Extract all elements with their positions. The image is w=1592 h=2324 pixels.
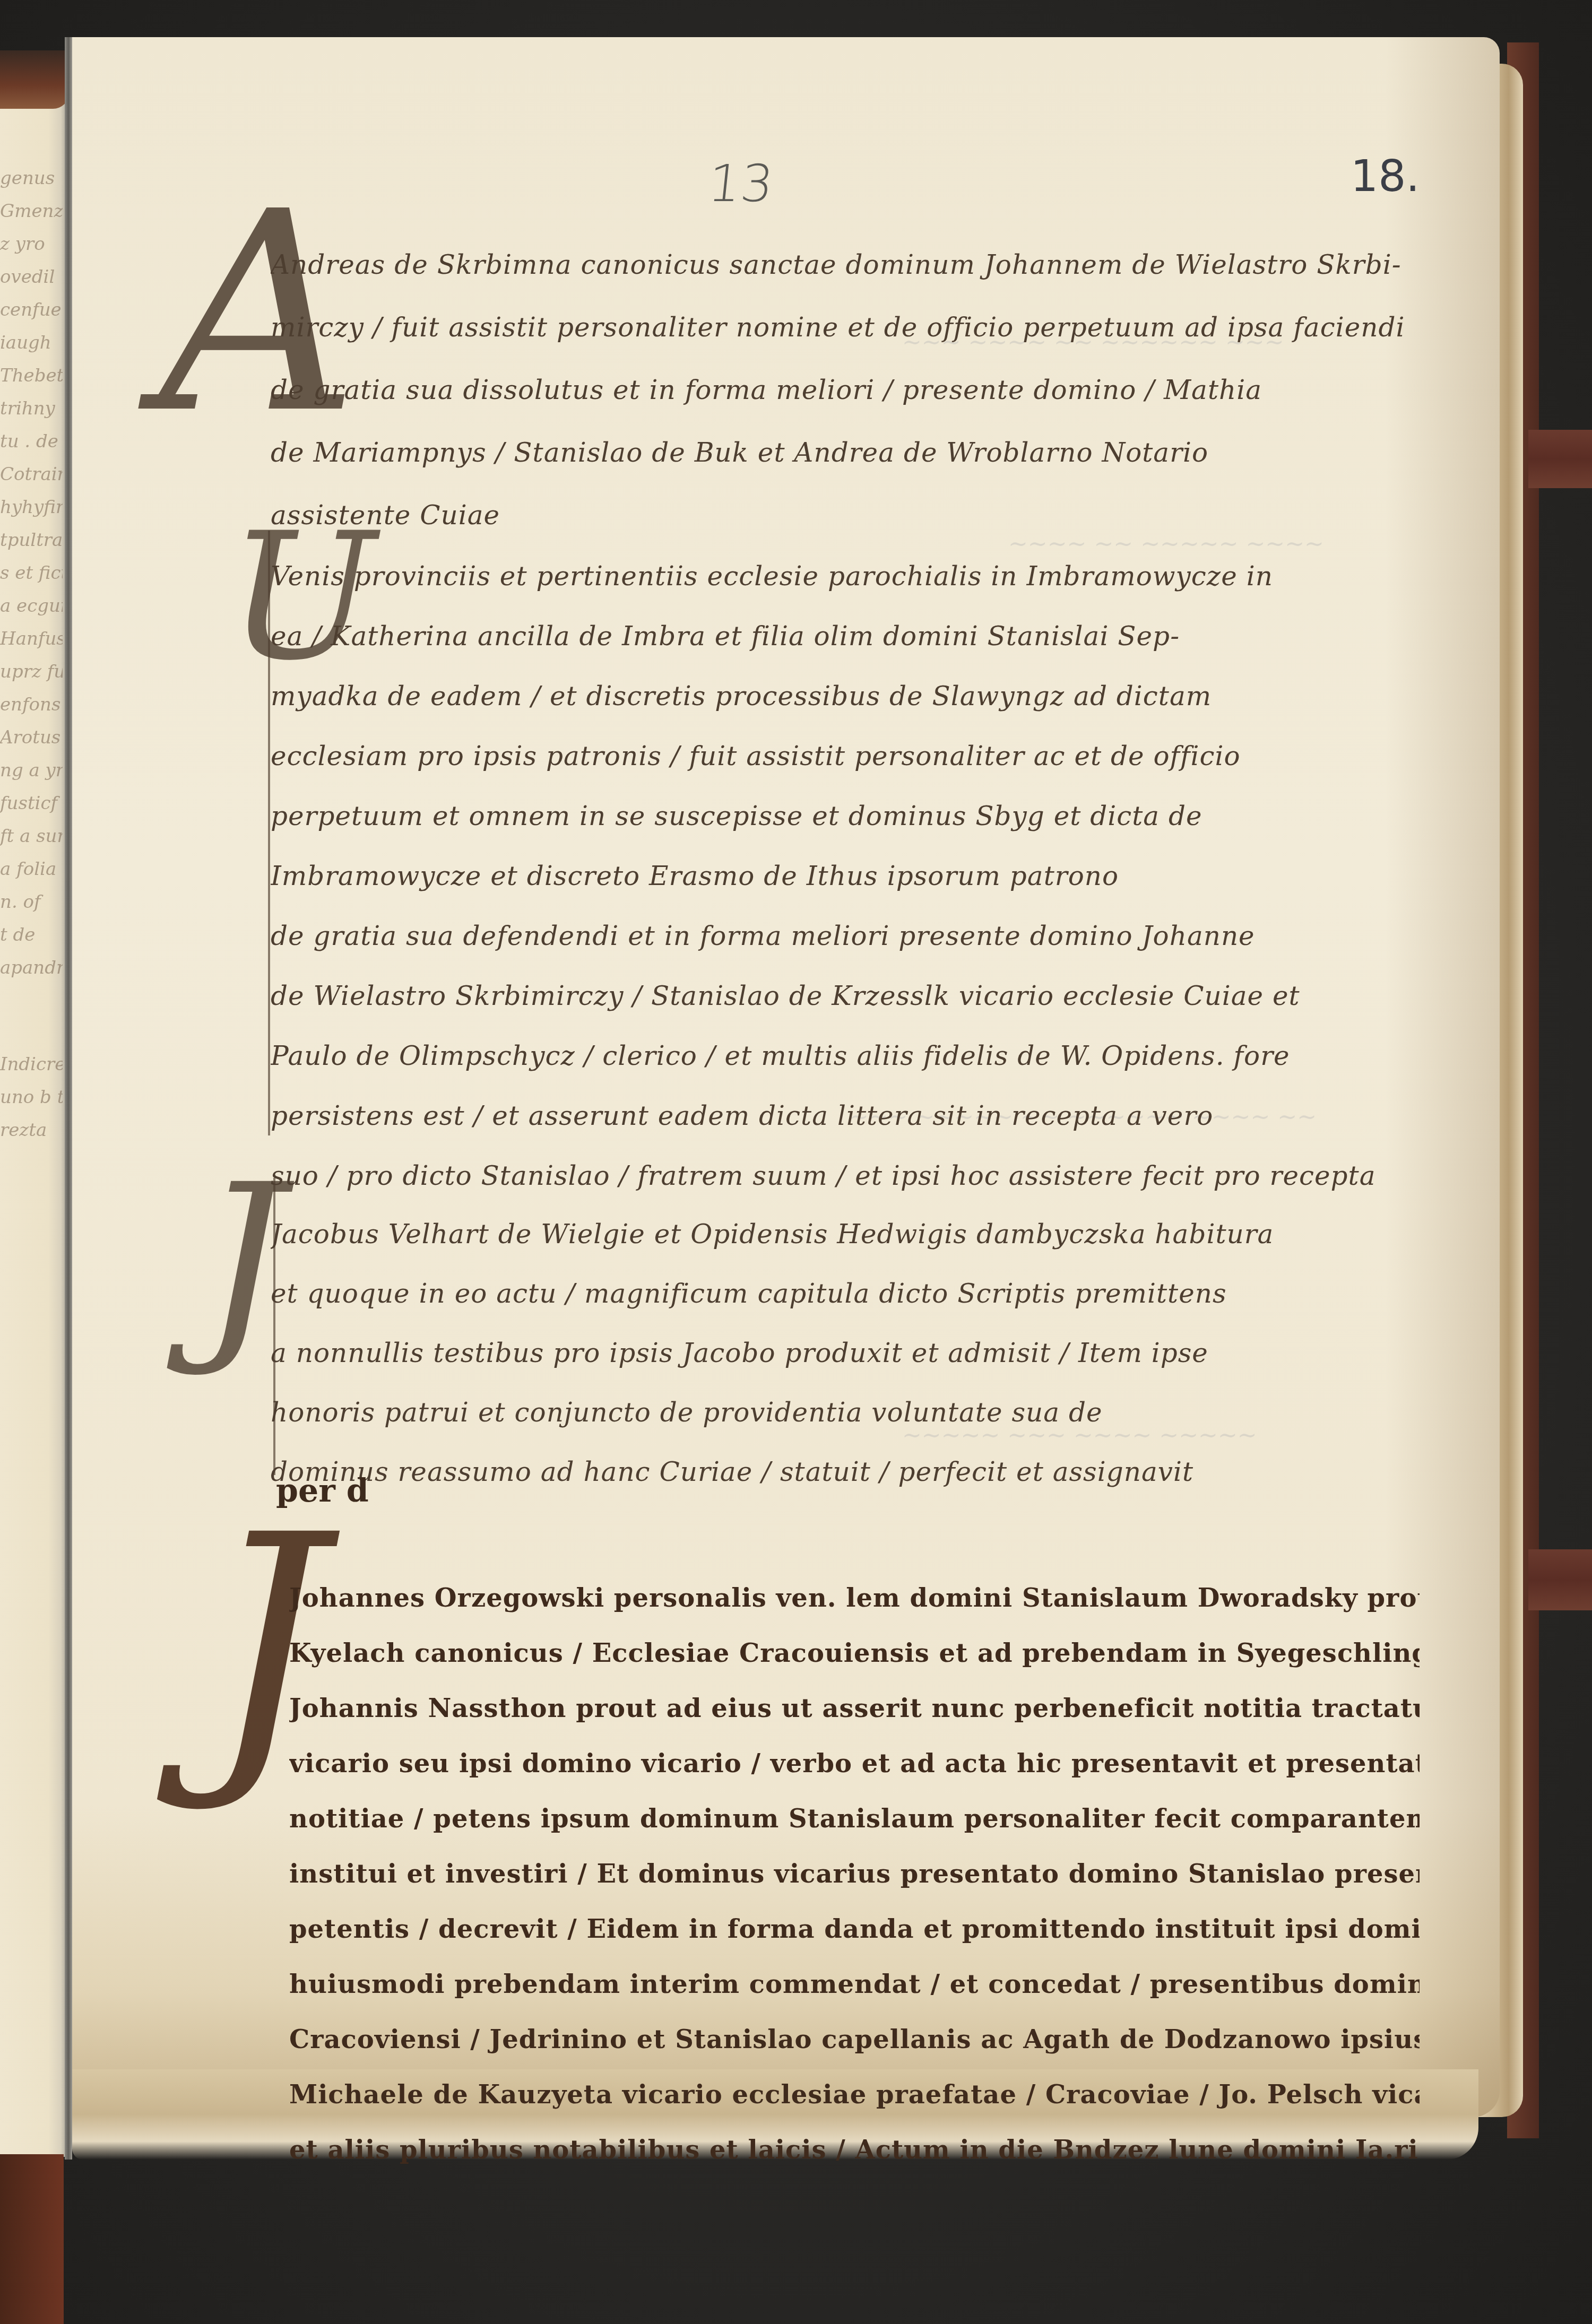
- facing-page: genus Gmenz z yro ovedil cenfue iaugh Th…: [0, 50, 69, 2157]
- text-line: et aliis pluribus notabilibus et laicis …: [289, 2122, 1420, 2178]
- text-line: ea / Katherina ancilla de Imbra et filia…: [271, 606, 1412, 666]
- text-line: petentis / decrevit / Eidem in forma dan…: [289, 1902, 1420, 1957]
- folio-number-right: 18.: [1351, 151, 1420, 202]
- facing-fragment: Cotrain: [0, 458, 63, 491]
- text-line: Kyelach canonicus / Ecclesiae Cracouiens…: [289, 1626, 1420, 1681]
- facing-fragment: z yro: [0, 228, 63, 261]
- facing-fragment: Gmenz: [0, 195, 63, 228]
- text-line: myadka de eadem / et discretis processib…: [271, 666, 1412, 726]
- text-line: Imbramowycze et discreto Erasmo de Ithus…: [271, 846, 1412, 906]
- facing-fragment: uprz fuo: [0, 655, 63, 688]
- text-line: ecclesiam pro ipsis patronis / fuit assi…: [271, 726, 1412, 786]
- facing-fragment: ft a sumudr: [0, 820, 63, 853]
- text-line: notitiae / petens ipsum dominum Stanisla…: [289, 1791, 1420, 1846]
- facing-fragment: genus: [0, 162, 63, 195]
- facing-fragment: hyhyfin: [0, 491, 63, 524]
- facing-fragment: a ecguisfued: [0, 589, 63, 622]
- text-line: et quoque in eo actu / magnificum capitu…: [271, 1264, 1412, 1323]
- text-line: honoris patrui et conjuncto de provident…: [271, 1383, 1412, 1442]
- text-line: huiusmodi prebendam interim commendat / …: [289, 1957, 1420, 2012]
- text-line: perpetuum et omnem in se suscepisse et d…: [271, 786, 1412, 846]
- facing-fragment: cenfue: [0, 293, 63, 326]
- text-line: de Wielastro Skrbimirczy / Stanislao de …: [271, 966, 1412, 1026]
- facing-fragment: enfons: [0, 688, 63, 721]
- facing-fragment: t de: [0, 918, 63, 951]
- leather-strap-lower: [1528, 1549, 1592, 1610]
- text-line: vicario seu ipsi domino vicario / verbo …: [289, 1736, 1420, 1791]
- entry-2: Venis provinciis et pertinentiis ecclesi…: [271, 547, 1412, 1206]
- entry-3: Jacobus Velhart de Wielgie et Opidensis …: [271, 1204, 1412, 1502]
- text-line: Michaele de Kauzyeta vicario ecclesiae p…: [289, 2067, 1420, 2122]
- leather-strap-upper: [1528, 430, 1592, 488]
- cover-corner-leather: [0, 50, 69, 109]
- text-line: persistens est / et asserunt eadem dicta…: [271, 1086, 1412, 1146]
- facing-fragment: Arotus: [0, 721, 63, 754]
- facing-fragment: ovedil: [0, 261, 63, 293]
- text-line: assistente Cuiae: [271, 484, 1412, 547]
- cover-leather-bottom-left: [0, 2154, 64, 2324]
- text-line: Jacobus Velhart de Wielgie et Opidensis …: [271, 1204, 1412, 1264]
- entry-1: Andreas de Skrbimna canonicus sanctae do…: [271, 233, 1412, 547]
- facing-fragment: tu . de: [0, 425, 63, 458]
- text-line: dominus reassumo ad hanc Curiae / statui…: [271, 1442, 1412, 1502]
- facing-fragment: s et fictity: [0, 557, 63, 589]
- book-gutter: [65, 37, 72, 2160]
- text-line: a nonnullis testibus pro ipsis Jacobo pr…: [271, 1323, 1412, 1383]
- text-line: de gratia sua dissolutus et in forma mel…: [271, 359, 1412, 421]
- facing-page-text: genus Gmenz z yro ovedil cenfue iaugh Th…: [0, 162, 63, 1147]
- facing-fragment: Hanfus: [0, 622, 63, 655]
- text-line: de gratia sua defendendi et in forma mel…: [271, 906, 1412, 966]
- text-line: Andreas de Skrbimna canonicus sanctae do…: [271, 233, 1412, 296]
- facing-fragment: uno b to: [0, 1081, 63, 1114]
- facing-fragment: a folia: [0, 853, 63, 886]
- text-line: Johannes Orzegowski personalis ven. lem …: [289, 1571, 1420, 1626]
- text-line: suo / pro dicto Stanislao / fratrem suum…: [271, 1146, 1412, 1206]
- folio-number-center: 13: [705, 154, 776, 213]
- text-line: institui et investiri / Et dominus vicar…: [289, 1846, 1420, 1902]
- facing-fragment: fusticf: [0, 787, 63, 820]
- facing-fragment: n. of: [0, 886, 63, 918]
- facing-fragment: iaugh: [0, 326, 63, 359]
- facing-fragment: Thebeta: [0, 359, 63, 392]
- facing-fragment: trihny: [0, 392, 63, 425]
- facing-fragment: Indicre: [0, 1048, 63, 1081]
- text-line: Paulo de Olimpschycz / clerico / et mult…: [271, 1026, 1412, 1086]
- text-line: Venis provinciis et pertinentiis ecclesi…: [271, 547, 1412, 606]
- text-line: mirczy / fuit assistit personaliter nomi…: [271, 296, 1412, 359]
- text-line: Cracoviensi / Jedrinino et Stanislao cap…: [289, 2012, 1420, 2067]
- facing-fragment: apandre: [0, 951, 63, 984]
- text-line: de Mariampnys / Stanislao de Buk et Andr…: [271, 421, 1412, 484]
- facing-fragment: rezta: [0, 1114, 63, 1147]
- facing-fragment: tpultran: [0, 524, 63, 557]
- facing-fragment: ng a yro: [0, 754, 63, 787]
- entry-4: Johannes Orzegowski personalis ven. lem …: [289, 1571, 1420, 2178]
- text-line: Johannis Nassthon prout ad eius ut asser…: [289, 1681, 1420, 1736]
